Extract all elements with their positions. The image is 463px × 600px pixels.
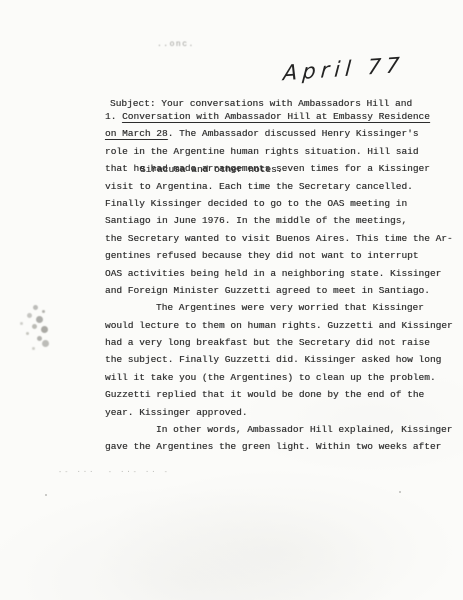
text-segment: In other words, Ambassador Hill explaine… <box>156 424 452 435</box>
text-line: role in the Argentine human rights situa… <box>105 143 453 160</box>
text-segment: had a very long breakfast but the Secret… <box>105 337 430 348</box>
text-segment: 1. <box>105 111 122 122</box>
ink-smudge <box>8 301 54 357</box>
text-segment: year. Kissinger approved. <box>105 407 248 418</box>
text-segment: The Argentines were very worried that Ki… <box>156 302 424 313</box>
text-segment: Finally Kissinger decided to go to the O… <box>105 198 407 209</box>
text-segment: and Foreign Minister Guzzetti agreed to … <box>105 285 430 296</box>
text-line: would lecture to them on human rights. G… <box>105 317 453 334</box>
text-segment: Santiago in June 1976. In the middle of … <box>105 215 407 226</box>
text-line: In other words, Ambassador Hill explaine… <box>105 421 453 438</box>
text-segment: will it take you (the Argentines) to cle… <box>105 372 436 383</box>
text-line: the subject. Finally Guzzetti did. Kissi… <box>105 351 453 368</box>
scan-speck <box>45 494 47 496</box>
text-line: Finally Kissinger decided to go to the O… <box>105 195 453 212</box>
text-segment: gentines refused because they did not wa… <box>105 250 419 261</box>
text-line: visit to Argentina. Each time the Secret… <box>105 178 453 195</box>
scan-speck <box>399 491 401 493</box>
text-segment: gave the Argentines the green light. Wit… <box>105 441 441 452</box>
text-line: on March 28. The Ambassador discussed He… <box>105 125 453 142</box>
paper-background: ..onc. Subject: Your conversations with … <box>0 0 463 600</box>
top-edge-text-fragment: ..onc. <box>157 40 195 49</box>
text-line: The Argentines were very worried that Ki… <box>105 299 453 316</box>
body-lines: 1. Conversation with Ambassador Hill at … <box>105 108 453 456</box>
text-line: OAS activities being held in a neighbori… <box>105 265 453 282</box>
faint-scan-marks: -- ··· - ··- ·· - <box>58 468 170 476</box>
text-line: will it take you (the Argentines) to cle… <box>105 369 453 386</box>
text-segment: OAS activities being held in a neighbori… <box>105 268 441 279</box>
text-line: and Foreign Minister Guzzetti agreed to … <box>105 282 453 299</box>
text-line: the Secretary wanted to visit Buenos Air… <box>105 230 453 247</box>
scanned-memo-page: { "page": { "top_fragment": "..onc.", "s… <box>0 0 463 600</box>
text-line: year. Kissinger approved. <box>105 404 453 421</box>
text-line: Santiago in June 1976. In the middle of … <box>105 212 453 229</box>
text-line: had a very long breakfast but the Secret… <box>105 334 453 351</box>
text-line: that he had made arrangements seven time… <box>105 160 453 177</box>
text-line: gave the Argentines the green light. Wit… <box>105 438 453 455</box>
text-segment: that he had made arrangements seven time… <box>105 163 430 174</box>
text-line: gentines refused because they did not wa… <box>105 247 453 264</box>
text-line: Guzzetti replied that it would be done b… <box>105 386 453 403</box>
text-line: 1. Conversation with Ambassador Hill at … <box>105 108 453 125</box>
text-segment: role in the Argentine human rights situa… <box>105 146 419 157</box>
text-segment: Guzzetti replied that it would be done b… <box>105 389 424 400</box>
text-segment: the subject. Finally Guzzetti did. Kissi… <box>105 354 441 365</box>
underlined-text: on March 28 <box>105 128 168 139</box>
text-segment: the Secretary wanted to visit Buenos Air… <box>105 233 453 244</box>
text-segment: . The Ambassador discussed Henry Kissing… <box>168 128 419 139</box>
underlined-text: Conversation with Ambassador Hill at Emb… <box>122 111 430 122</box>
text-segment: visit to Argentina. Each time the Secret… <box>105 181 413 192</box>
text-segment: would lecture to them on human rights. G… <box>105 320 453 331</box>
